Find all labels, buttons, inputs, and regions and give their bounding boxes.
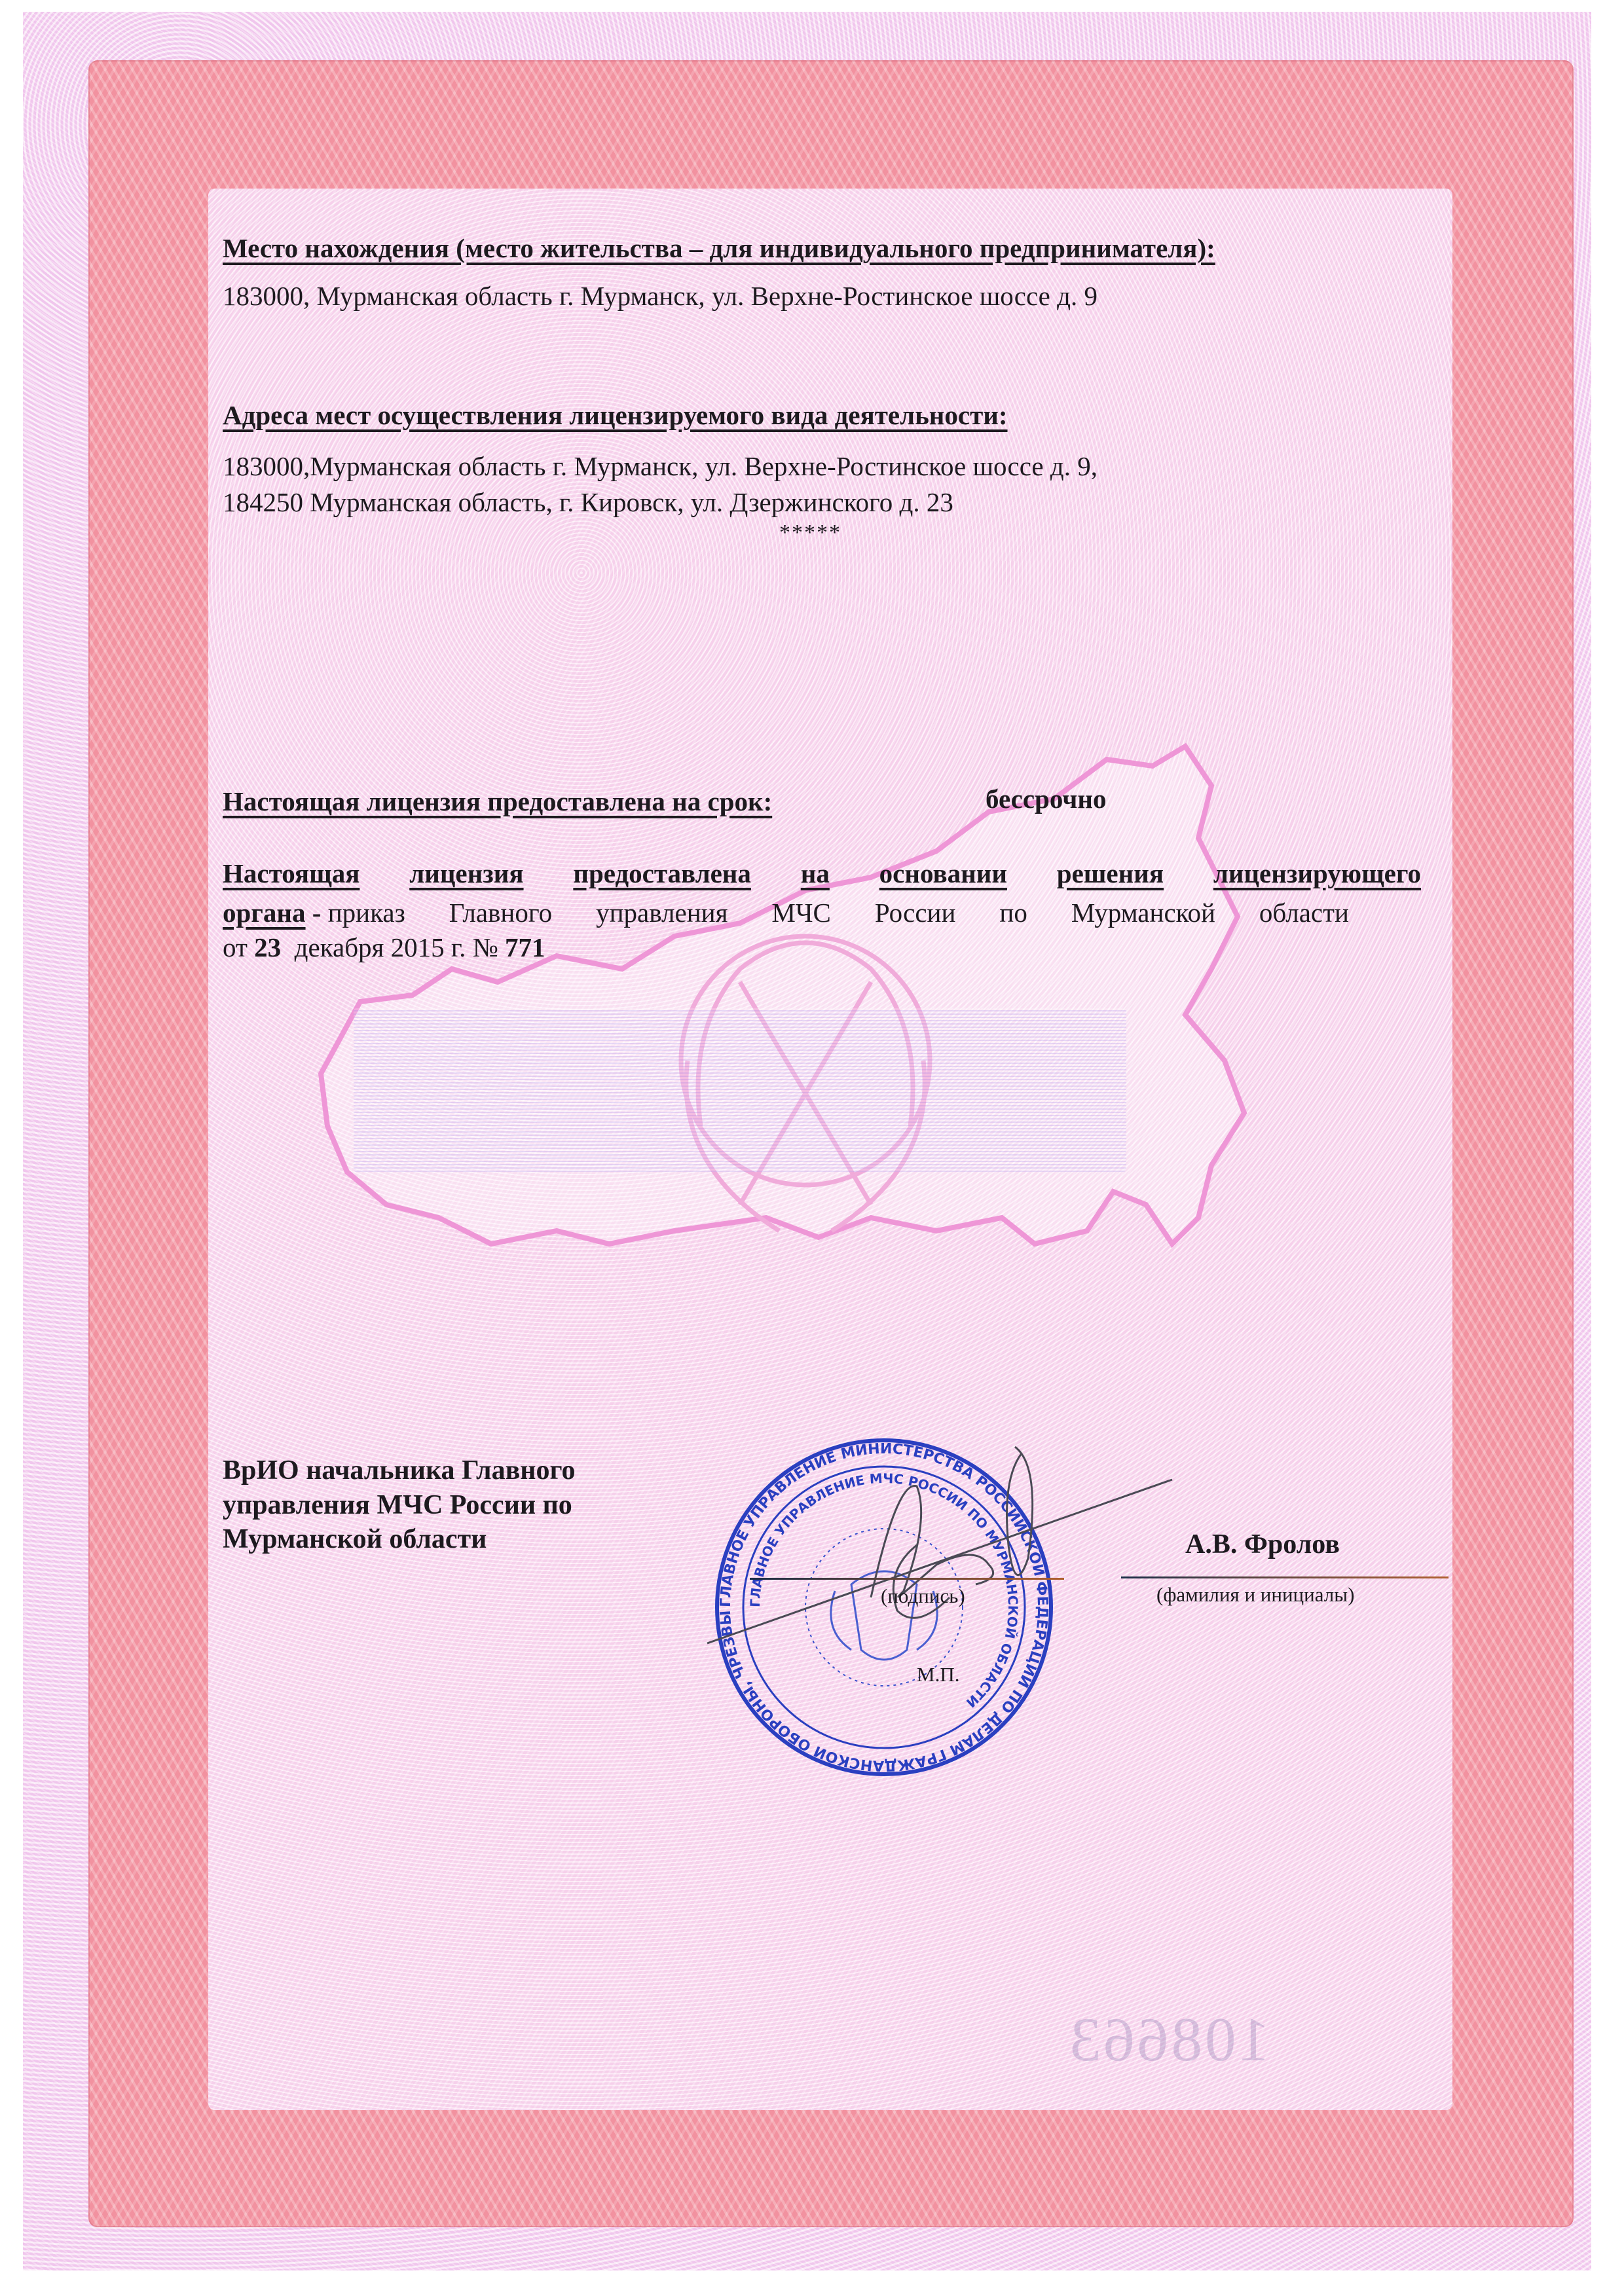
blank-number-showthrough: 108663: [1067, 2003, 1270, 2075]
term-heading: Настоящая лицензия предоставлена на срок…: [223, 786, 772, 818]
activity-address-1: 183000,Мурманская область г. Мурманск, у…: [223, 448, 1098, 484]
name-caption: (фамилия и инициалы): [1156, 1583, 1354, 1607]
basis-order-line: органа - приказ Главного управления МЧС …: [223, 897, 1349, 929]
signature-line: [750, 1578, 1064, 1580]
separator-stars: *****: [779, 520, 841, 545]
signer-title: ВрИО начальника Главного управления МЧС …: [223, 1453, 575, 1557]
signer-title-line: Мурманской области: [223, 1522, 575, 1557]
basis-date: от 23 декабря 2015 г. № 771: [223, 930, 545, 966]
signer-title-line: управления МЧС России по: [223, 1488, 575, 1523]
basis-word: управления: [596, 897, 728, 929]
basis-word: решения: [1057, 858, 1164, 890]
signature-caption: (подпись): [881, 1584, 965, 1608]
activity-heading: Адреса мест осуществления лицензируемого…: [223, 399, 1008, 431]
basis-word: по: [999, 897, 1027, 929]
basis-word: области: [1259, 897, 1349, 929]
name-line: [1121, 1576, 1449, 1578]
basis-word: Мурманской: [1071, 897, 1215, 929]
location-value: 183000, Мурманская область г. Мурманск, …: [223, 278, 1098, 314]
flag-band-watermark: [354, 1008, 1126, 1172]
basis-word: лицензия: [409, 858, 523, 890]
basis-word: лицензирующего: [1213, 858, 1421, 890]
seal-caption: М.П.: [917, 1663, 959, 1686]
basis-word: Настоящая: [223, 858, 360, 890]
location-heading: Место нахождения (место жительства – для…: [223, 232, 1215, 264]
basis-word: Главного: [449, 897, 552, 929]
handwritten-signature: [701, 1440, 1185, 1689]
term-value: бессрочно: [986, 781, 1107, 817]
activity-address-2: 184250 Мурманская область, г. Кировск, у…: [223, 484, 953, 520]
basis-heading-tail: органа - приказ: [223, 897, 405, 929]
basis-word: предоставлена: [573, 858, 751, 890]
basis-heading: Настоящая лицензия предоставлена на осно…: [223, 858, 1421, 890]
basis-word: России: [875, 897, 956, 929]
signer-title-line: ВрИО начальника Главного: [223, 1453, 575, 1488]
basis-word: МЧС: [771, 897, 830, 929]
signer-name: А.В. Фролов: [1185, 1529, 1340, 1560]
basis-word: основании: [879, 858, 1007, 890]
basis-word: на: [801, 858, 830, 890]
